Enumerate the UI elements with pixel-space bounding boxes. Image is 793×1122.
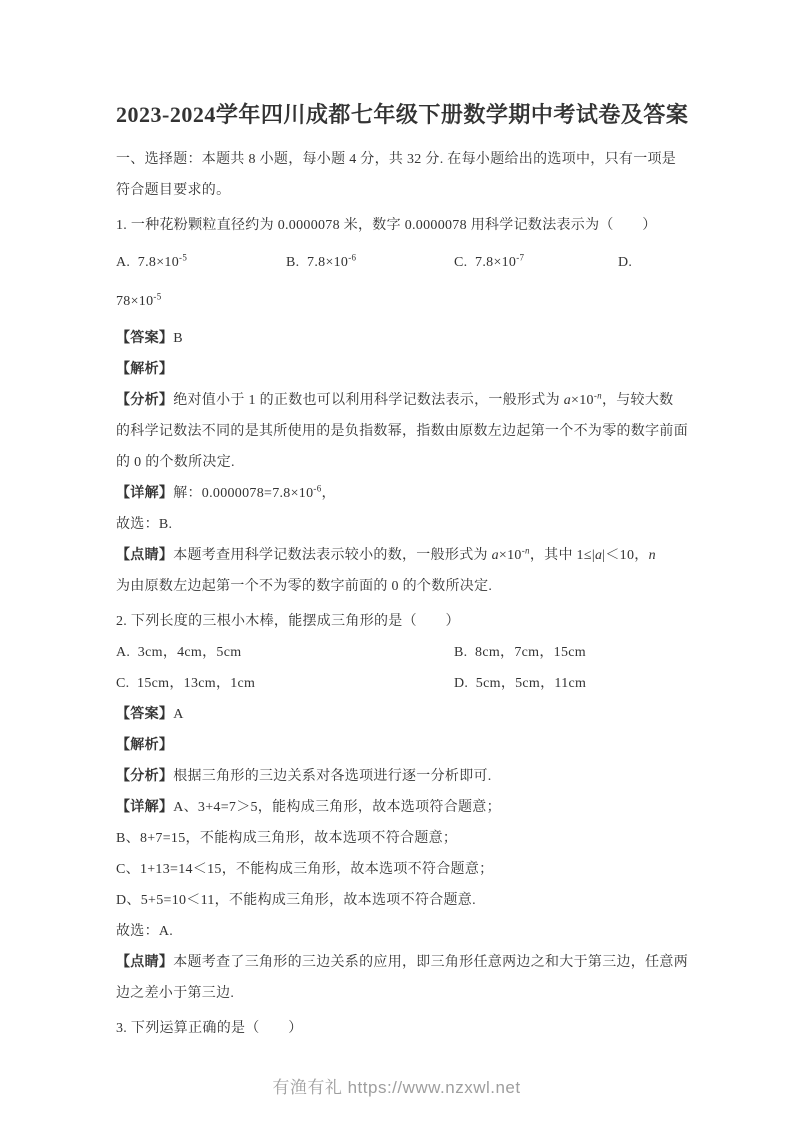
q1-fenxi-line-2: 的科学记数法不同的是其所使用的是负指数幂，指数由原数左边起第一个不为零的数字前面 (116, 416, 683, 447)
section-intro-line-2: 符合题目要求的。 (116, 175, 683, 206)
q2-jiexi: 【解析】 (116, 730, 683, 761)
q2-options-row-1-option-a: A. 3cm，4cm，5cm (116, 637, 454, 668)
q2-xiangjie-d: D、5+5=10＜11，不能构成三角形，故本选项不符合题意. (116, 885, 683, 916)
q1-answer: 【答案】B (116, 323, 683, 354)
q1-options-row-option-a: A. 7.8×10-5 (116, 247, 286, 278)
footer-watermark: 有渔有礼 https://www.nzxwl.net (0, 1073, 793, 1098)
q2-dianjing-line-2: 边之差小于第三边. (116, 978, 683, 1009)
q2-options-row-1: A. 3cm，4cm，5cmB. 8cm，7cm，15cm (116, 637, 683, 668)
exam-paper-page: 2023-2024学年四川成都七年级下册数学期中考试卷及答案 一、选择题：本题共… (0, 0, 793, 1122)
q2-options-row-1-option-b: B. 8cm，7cm，15cm (454, 637, 683, 668)
q2-fenxi: 【分析】根据三角形的三边关系对各选项进行逐一分析即可. (116, 761, 683, 792)
q1-dianjing-line-2: 为由原数左边起第一个不为零的数字前面的 0 的个数所决定. (116, 571, 683, 602)
q2-dianjing-line-1: 【点睛】本题考查了三角形的三边关系的应用，即三角形任意两边之和大于第三边，任意两 (116, 947, 683, 978)
q2-xiangjie-b: B、8+7=15，不能构成三角形，故本选项不符合题意； (116, 823, 683, 854)
q2-options-row-2-option-c: C. 15cm，13cm，1cm (116, 668, 454, 699)
q1-options-row-option-c: C. 7.8×10-7 (454, 247, 618, 278)
q1-fenxi-line-1: 【分析】绝对值小于 1 的正数也可以利用科学记数法表示，一般形式为 a×10-n… (116, 385, 683, 416)
document-body: 一、选择题：本题共 8 小题，每小题 4 分，共 32 分. 在每小题给出的选项… (116, 144, 683, 1044)
q2-xiangjie-a: 【详解】A、3+4=7＞5，能构成三角形，故本选项符合题意； (116, 792, 683, 823)
q1-option-d-value: 78×10-5 (116, 286, 683, 317)
q2-options-row-2: C. 15cm，13cm，1cmD. 5cm，5cm，11cm (116, 668, 683, 699)
q1-options-row: A. 7.8×10-5B. 7.8×10-6C. 7.8×10-7D. (116, 247, 683, 278)
section-intro-line-1: 一、选择题：本题共 8 小题，每小题 4 分，共 32 分. 在每小题给出的选项… (116, 144, 683, 175)
q1-guxuan: 故选：B. (116, 509, 683, 540)
q1-options-row-option-b: B. 7.8×10-6 (286, 247, 454, 278)
q1-stem: 1. 一种花粉颗粒直径约为 0.0000078 米，数字 0.0000078 用… (116, 210, 683, 241)
footer-text: 有渔有礼 https://www.nzxwl.net (272, 1078, 520, 1097)
q1-dianjing-line-1: 【点睛】本题考查用科学记数法表示较小的数，一般形式为 a×10-n，其中 1≤|… (116, 540, 683, 571)
q1-jiexi: 【解析】 (116, 354, 683, 385)
q1-xiangjie: 【详解】解：0.0000078=7.8×10-6， (116, 478, 683, 509)
q2-xiangjie-c: C、1+13=14＜15，不能构成三角形，故本选项不符合题意； (116, 854, 683, 885)
q1-fenxi-line-3: 的 0 的个数所决定. (116, 447, 683, 478)
page-title: 2023-2024学年四川成都七年级下册数学期中考试卷及答案 (116, 94, 683, 136)
q2-answer: 【答案】A (116, 699, 683, 730)
q3-stem: 3. 下列运算正确的是（ ） (116, 1013, 683, 1044)
q1-options-row-option-d: D. (618, 247, 683, 278)
q2-guxuan: 故选：A. (116, 916, 683, 947)
q2-stem: 2. 下列长度的三根小木棒，能摆成三角形的是（ ） (116, 606, 683, 637)
q2-options-row-2-option-d: D. 5cm，5cm，11cm (454, 668, 683, 699)
